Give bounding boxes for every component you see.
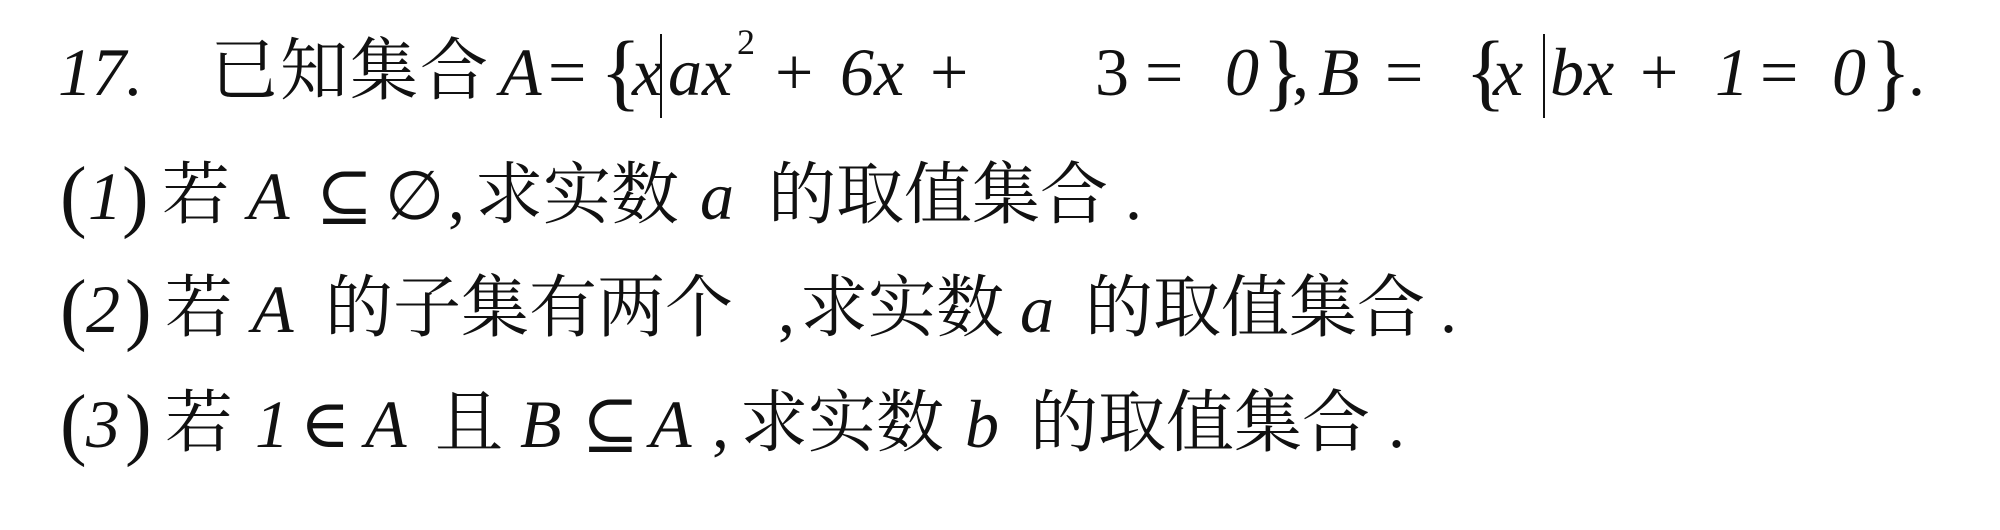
part-1-comma: , bbox=[448, 162, 465, 230]
part-3-tail: 的取值集合 bbox=[1030, 390, 1370, 458]
set-b-name: B bbox=[1318, 38, 1360, 106]
part-1-ruo: 若 bbox=[162, 162, 230, 230]
part-3-ask: 求实数 bbox=[740, 390, 944, 458]
part-2-end: . bbox=[1440, 275, 1457, 343]
part-3-element-of: ∈ bbox=[300, 390, 350, 458]
part-3-label: 3 bbox=[86, 390, 120, 458]
set-a-divider bbox=[660, 34, 662, 118]
part-3-open-paren: ( bbox=[60, 384, 87, 464]
part-2-ruo: 若 bbox=[165, 275, 233, 343]
part-3-and: 且 bbox=[435, 390, 503, 458]
set-separator: , bbox=[1292, 38, 1309, 106]
set-b-var: x bbox=[1493, 38, 1523, 106]
part-2-comma: , bbox=[778, 275, 795, 343]
part-3-end: . bbox=[1388, 390, 1405, 458]
set-b-bx: bx bbox=[1550, 38, 1614, 106]
part-3-var: b bbox=[965, 390, 999, 458]
part-2-label: 2 bbox=[86, 275, 120, 343]
part-1-empty-set: ∅ bbox=[385, 162, 444, 230]
set-b-divider bbox=[1543, 34, 1545, 118]
set-a-plus-2: + bbox=[930, 38, 968, 106]
part-3-close-paren: ) bbox=[125, 384, 152, 464]
set-a-equals-2: = bbox=[1145, 38, 1183, 106]
part-1-close-paren: ) bbox=[122, 156, 149, 236]
set-b-rhs: 0 bbox=[1832, 38, 1866, 106]
question-part-3: ( 3 ) 若 1 ∈ A 且 B ⊆ A , 求实数 b 的取值集合 . bbox=[0, 390, 2000, 470]
part-3-set-b: B bbox=[520, 390, 562, 458]
part-1-ask: 求实数 bbox=[475, 162, 679, 230]
part-1-subset: ⊆ bbox=[316, 162, 373, 230]
part-3-comma: , bbox=[712, 390, 729, 458]
part-1-end: . bbox=[1125, 162, 1142, 230]
set-b-equals-2: = bbox=[1760, 38, 1798, 106]
problem-statement: 17. 已知集合 A = { x ax 2 + 6x + 3 = 0 } , B… bbox=[0, 38, 2000, 118]
set-a-plus-1: + bbox=[775, 38, 813, 106]
part-2-ask: 求实数 bbox=[800, 275, 1004, 343]
part-3-one: 1 bbox=[255, 390, 289, 458]
part-2-open-paren: ( bbox=[60, 269, 87, 349]
set-a-exponent: 2 bbox=[737, 24, 755, 60]
part-2-tail: 的取值集合 bbox=[1085, 275, 1425, 343]
part-3-set-a: A bbox=[365, 390, 407, 458]
question-part-1: ( 1 ) 若 A ⊆ ∅ , 求实数 a 的取值集合 . bbox=[0, 162, 2000, 242]
problem-intro: 已知集合 bbox=[210, 38, 490, 106]
part-3-subset: ⊆ bbox=[582, 390, 639, 458]
part-2-var: a bbox=[1020, 275, 1054, 343]
part-1-set-a: A bbox=[248, 162, 290, 230]
set-a-equals: = bbox=[548, 38, 586, 106]
part-1-label: 1 bbox=[88, 162, 122, 230]
set-b-const: 1 bbox=[1715, 38, 1749, 106]
set-b-close-brace: } bbox=[1870, 28, 1911, 114]
part-2-set-a: A bbox=[252, 275, 294, 343]
part-2-close-paren: ) bbox=[125, 269, 152, 349]
part-3-ruo: 若 bbox=[165, 390, 233, 458]
set-a-ax: ax bbox=[668, 38, 732, 106]
set-a-6x: 6x bbox=[840, 38, 904, 106]
set-a-rhs: 0 bbox=[1225, 38, 1259, 106]
set-a-name: A bbox=[500, 38, 542, 106]
part-2-cond-text: 的子集有两个 bbox=[325, 275, 733, 343]
set-b-plus: + bbox=[1640, 38, 1678, 106]
part-1-var: a bbox=[700, 162, 734, 230]
set-a-const: 3 bbox=[1095, 38, 1129, 106]
part-1-open-paren: ( bbox=[60, 156, 87, 236]
set-b-equals: = bbox=[1385, 38, 1423, 106]
part-1-tail: 的取值集合 bbox=[768, 162, 1108, 230]
part-3-set-a-2: A bbox=[650, 390, 692, 458]
problem-number: 17. bbox=[58, 38, 143, 106]
question-part-2: ( 2 ) 若 A 的子集有两个 , 求实数 a 的取值集合 . bbox=[0, 275, 2000, 355]
problem-end-period: . bbox=[1908, 38, 1925, 106]
set-a-var: x bbox=[632, 38, 662, 106]
